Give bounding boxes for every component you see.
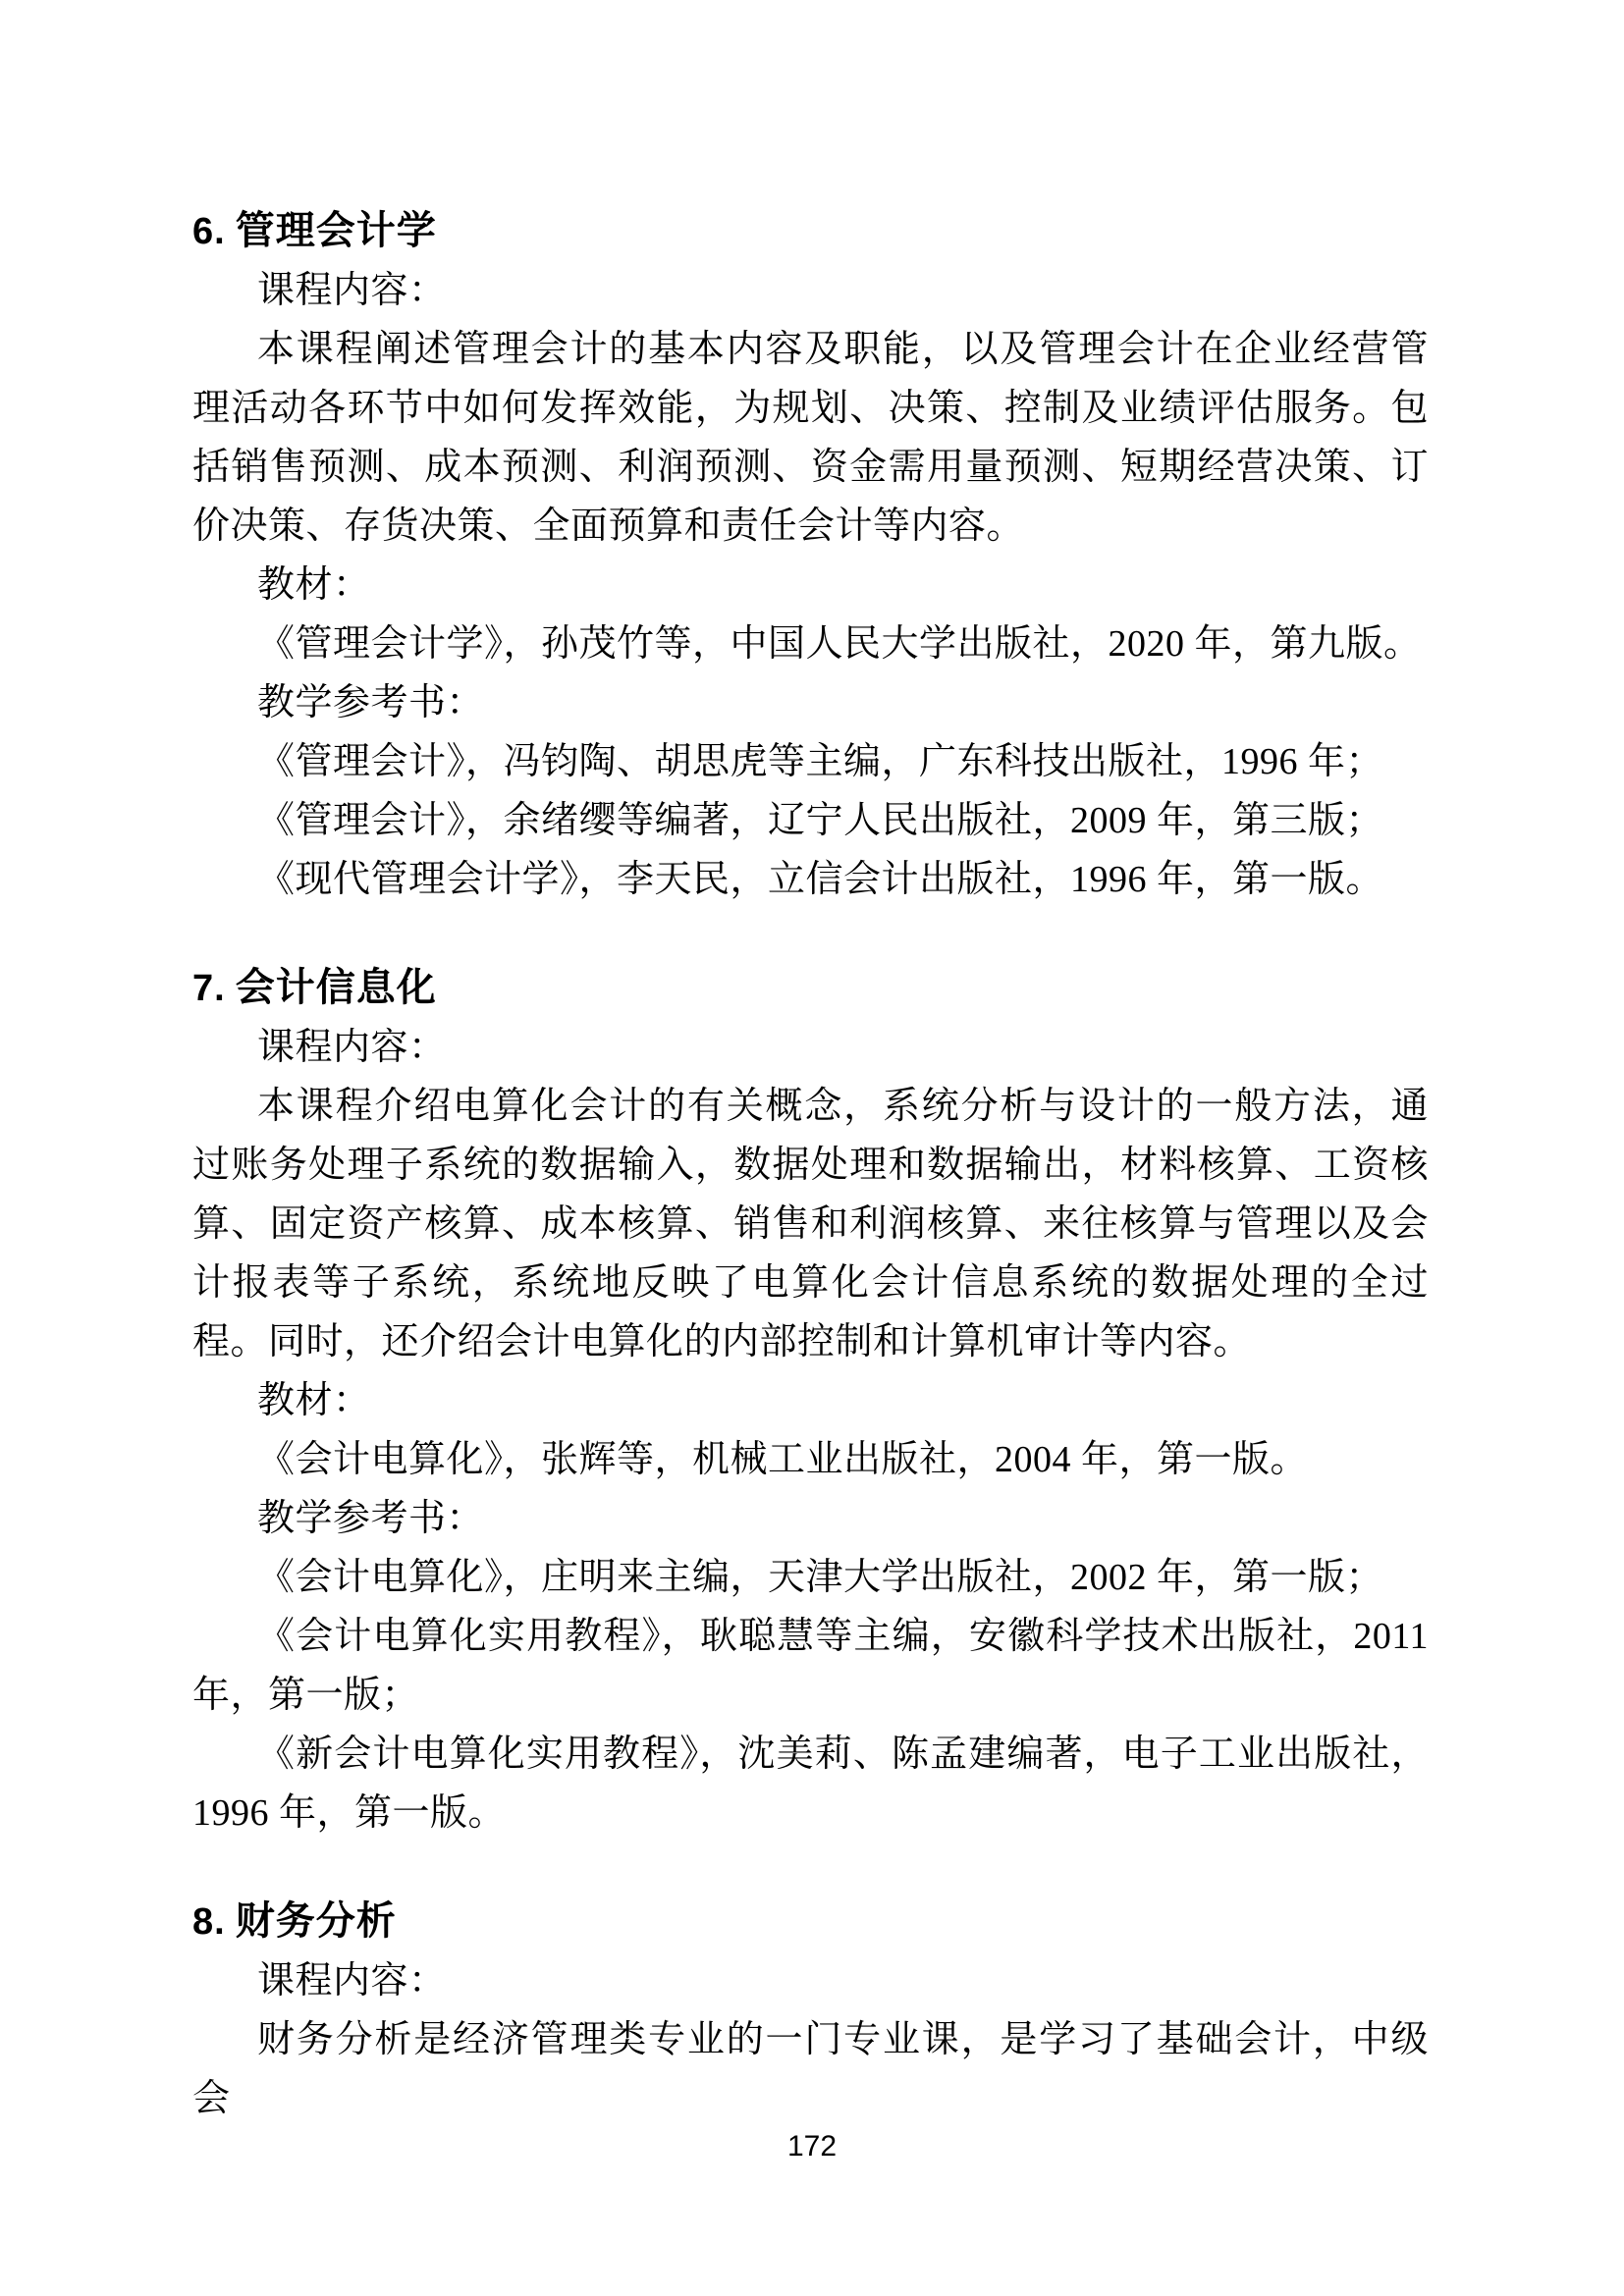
course-content-label: 课程内容： xyxy=(192,1018,1429,1077)
course-number: 7. xyxy=(192,968,226,1009)
textbook-label: 教材： xyxy=(192,556,1429,614)
reference-entry: 《会计电算化实用教程》，耿聪慧等主编，安徽科学技术出版社，2011 年，第一版； xyxy=(192,1607,1429,1725)
section-management-accounting: 6.管理会计学 课程内容： 本课程阐述管理会计的基本内容及职能，以及管理会计在企… xyxy=(192,201,1429,909)
page-content: 6.管理会计学 课程内容： 本课程阐述管理会计的基本内容及职能，以及管理会计在企… xyxy=(0,0,1624,2128)
course-title: 财务分析 xyxy=(236,1898,397,1943)
textbook-entry: 《会计电算化》，张辉等，机械工业出版社，2004 年，第一版。 xyxy=(192,1430,1429,1489)
reference-entry: 《管理会计》，余绪缨等编著，辽宁人民出版社，2009 年，第三版； xyxy=(192,791,1429,850)
course-title: 会计信息化 xyxy=(236,965,437,1009)
course-title: 管理会计学 xyxy=(236,208,437,252)
reference-entry: 《会计电算化》，庄明来主编，天津大学出版社，2002 年，第一版； xyxy=(192,1548,1429,1607)
reference-books-label: 教学参考书： xyxy=(192,673,1429,732)
course-description: 财务分析是经济管理类专业的一门专业课，是学习了基础会计，中级会 xyxy=(192,2010,1429,2128)
course-heading: 6.管理会计学 xyxy=(192,201,1429,261)
reference-entry: 《现代管理会计学》，李天民，立信会计出版社，1996 年，第一版。 xyxy=(192,850,1429,909)
course-description: 本课程阐述管理会计的基本内容及职能，以及管理会计在企业经营管理活动各环节中如何发… xyxy=(192,320,1429,556)
section-accounting-informatization: 7.会计信息化 课程内容： 本课程介绍电算化会计的有关概念，系统分析与设计的一般… xyxy=(192,958,1429,1842)
reference-entry: 《新会计电算化实用教程》，沈美莉、陈孟建编著，电子工业出版社，1996 年，第一… xyxy=(192,1725,1429,1842)
reference-entry: 《管理会计》，冯钧陶、胡思虎等主编，广东科技出版社，1996 年； xyxy=(192,732,1429,791)
course-number: 6. xyxy=(192,211,226,252)
textbook-label: 教材： xyxy=(192,1371,1429,1430)
reference-books-label: 教学参考书： xyxy=(192,1489,1429,1548)
course-description: 本课程介绍电算化会计的有关概念，系统分析与设计的一般方法，通过账务处理子系统的数… xyxy=(192,1077,1429,1371)
course-heading: 8.财务分析 xyxy=(192,1892,1429,1951)
course-content-label: 课程内容： xyxy=(192,1951,1429,2010)
textbook-entry: 《管理会计学》，孙茂竹等，中国人民大学出版社，2020 年，第九版。 xyxy=(192,614,1429,673)
document-page: 6.管理会计学 课程内容： 本课程阐述管理会计的基本内容及职能，以及管理会计在企… xyxy=(0,0,1624,2296)
course-content-label: 课程内容： xyxy=(192,261,1429,320)
course-heading: 7.会计信息化 xyxy=(192,958,1429,1018)
section-financial-analysis: 8.财务分析 课程内容： 财务分析是经济管理类专业的一门专业课，是学习了基础会计… xyxy=(192,1892,1429,2128)
page-number: 172 xyxy=(0,2127,1624,2166)
course-number: 8. xyxy=(192,1901,226,1943)
